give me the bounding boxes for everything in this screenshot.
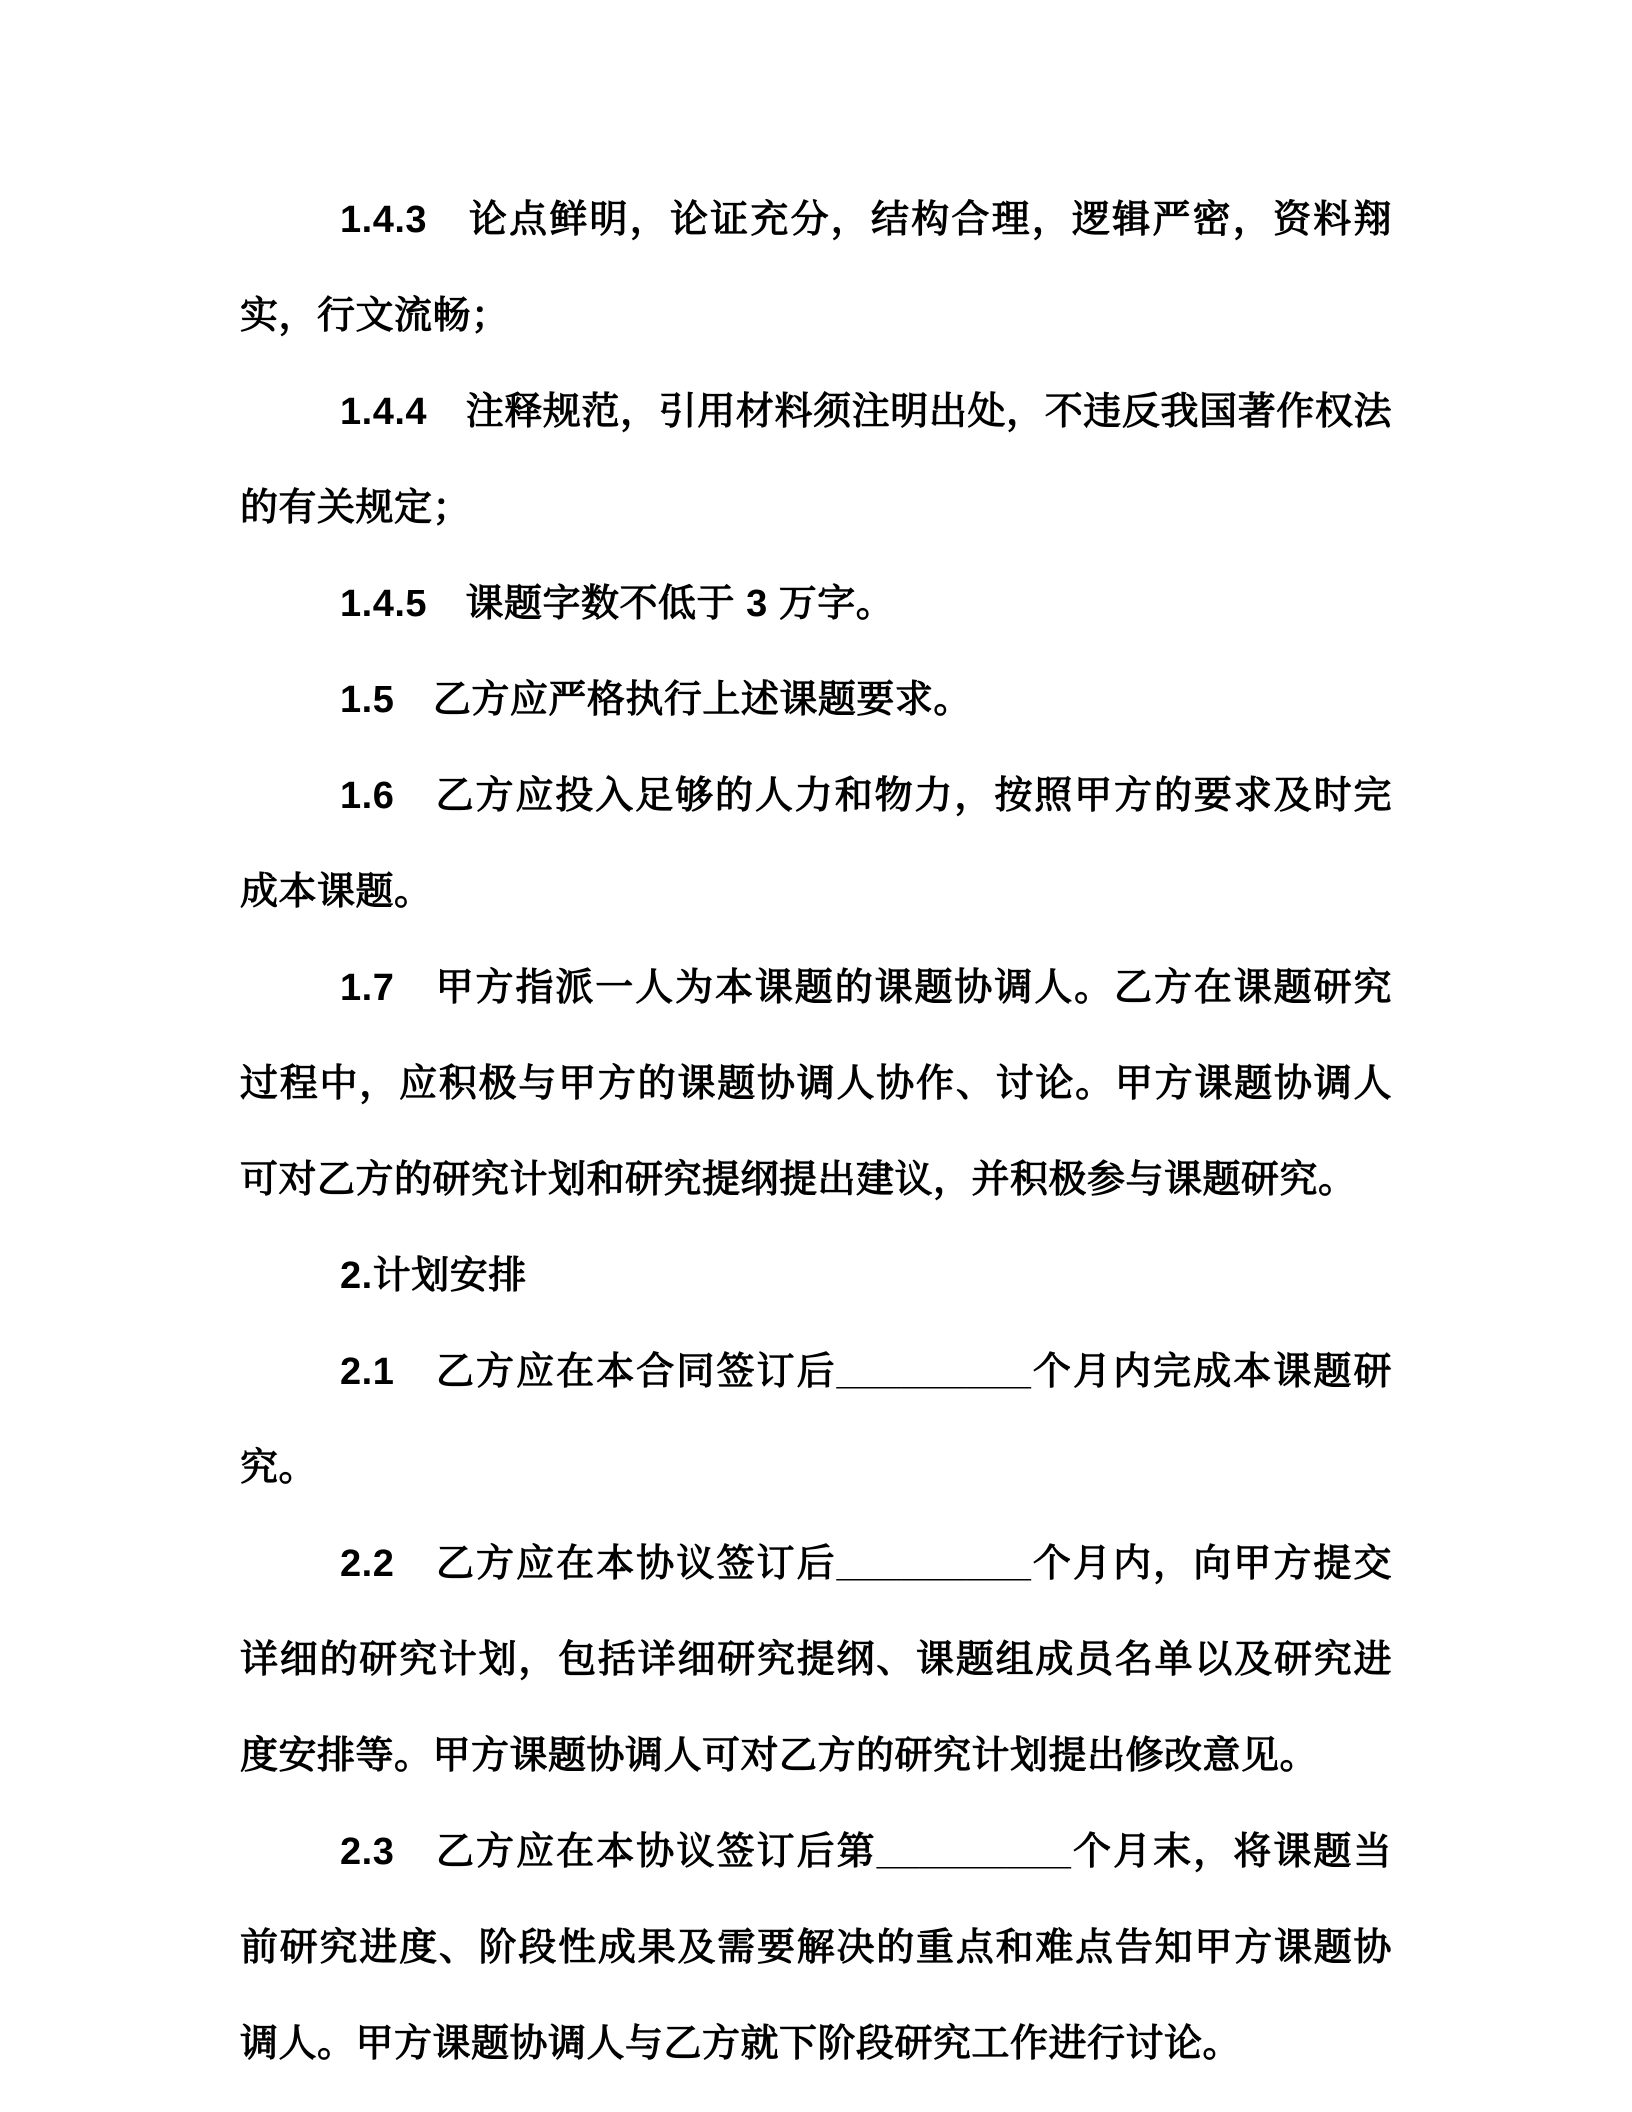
paragraph-clause-2-2: 2.2 乙方应在本协议签订后_________个月内，向甲方提交详细的研究计划，…	[240, 1516, 1392, 1804]
paragraph-clause-1-5: 1.5 乙方应严格执行上述课题要求。	[240, 652, 1392, 748]
section-heading-2-plan: 2.计划安排	[240, 1228, 1392, 1324]
paragraph-clause-1-4-5: 1.4.5 课题字数不低于 3 万字。	[240, 556, 1392, 652]
paragraph-clause-2-1: 2.1 乙方应在本合同签订后_________个月内完成本课题研究。	[240, 1324, 1392, 1516]
paragraph-clause-1-6: 1.6 乙方应投入足够的人力和物力，按照甲方的要求及时完成本课题。	[240, 748, 1392, 940]
paragraph-clause-1-4-3: 1.4.3 论点鲜明，论证充分，结构合理，逻辑严密，资料翔实，行文流畅；	[240, 172, 1392, 364]
paragraph-clause-1-4-4: 1.4.4 注释规范，引用材料须注明出处，不违反我国著作权法的有关规定；	[240, 364, 1392, 556]
paragraph-clause-1-7: 1.7 甲方指派一人为本课题的课题协调人。乙方在课题研究过程中，应积极与甲方的课…	[240, 940, 1392, 1228]
document-page: 1.4.3 论点鲜明，论证充分，结构合理，逻辑严密，资料翔实，行文流畅； 1.4…	[0, 0, 1632, 2112]
paragraph-clause-2-3: 2.3 乙方应在本协议签订后第_________个月末，将课题当前研究进度、阶段…	[240, 1804, 1392, 2092]
